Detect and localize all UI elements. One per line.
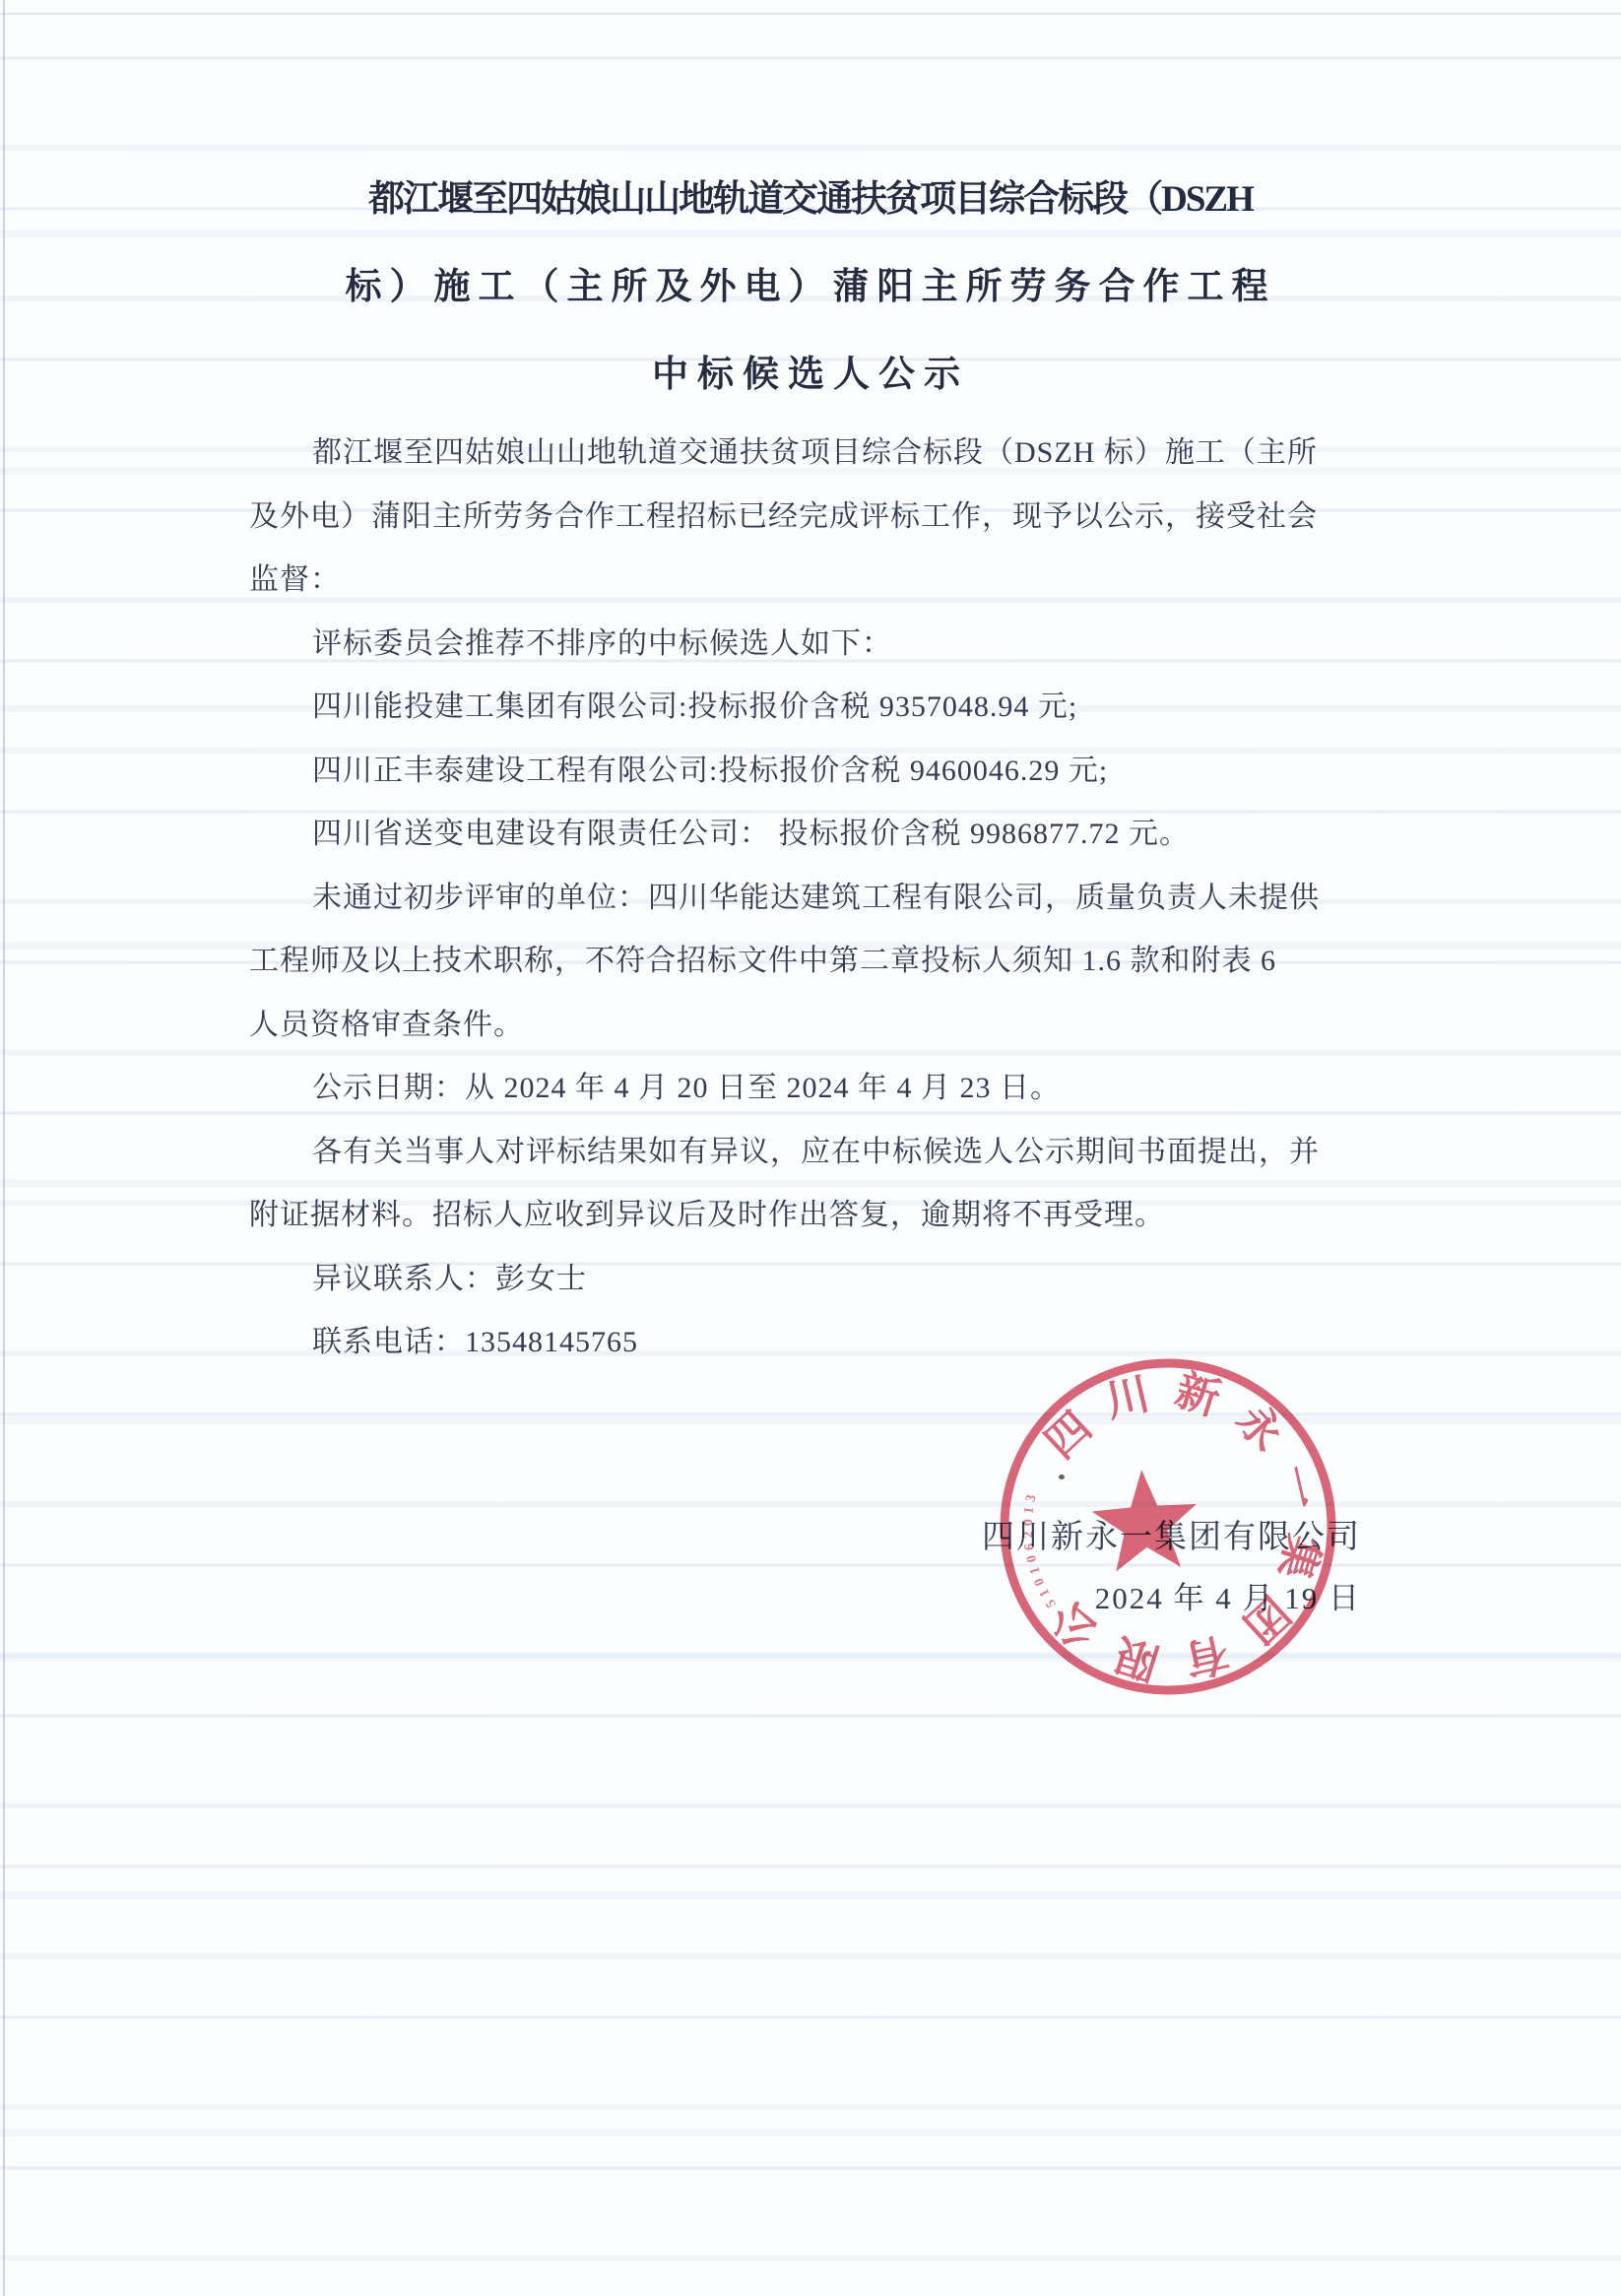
contact-person-line: 异议联系人：彭女士 (249, 1248, 1372, 1312)
body-line: 评标委员会推荐不排序的中标候选人如下： (249, 613, 1372, 677)
contact-phone-line: 联系电话：13548145765 (249, 1311, 1372, 1375)
ink-speck (1059, 1475, 1065, 1479)
body-line: 未通过初步评审的单位：四川华能达建筑工程有限公司，质量负责人未提供 (249, 867, 1372, 931)
body-line: 附证据材料。招标人应收到异议后及时作出答复，逾期将不再受理。 (249, 1184, 1372, 1248)
title-line-1: 都江堰至四姑娘山山地轨道交通扶贫项目综合标段（DSZH (0, 156, 1621, 243)
body-line: 各有关当事人对评标结果如有异议，应在中标候选人公示期间书面提出，并 (249, 1121, 1372, 1185)
publicity-date-line: 公示日期：从 2024 年 4 月 20 日至 2024 年 4 月 23 日。 (249, 1057, 1372, 1121)
document-body: 都江堰至四姑娘山山地轨道交通扶贫项目综合标段（DSZH 标）施工（主所 及外电）… (249, 422, 1372, 1375)
signature-block: 四川新永一集团有限公司 2024 年 4 月 19 日 (982, 1507, 1361, 1629)
body-line: 人员资格审查条件。 (249, 994, 1372, 1058)
bidder-line: 四川能投建工集团有限公司:投标报价含税 9357048.94 元; (249, 676, 1372, 740)
signature-date-line: 2024 年 4 月 19 日 (982, 1568, 1361, 1629)
body-line: 及外电）蒲阳主所劳务合作工程招标已经完成评标工作，现予以公示，接受社会 (249, 486, 1372, 550)
body-line: 监督： (249, 549, 1372, 613)
bidder-line: 四川正丰泰建设工程有限公司:投标报价含税 9460046.29 元; (249, 740, 1372, 804)
body-line: 工程师及以上技术职称，不符合招标文件中第二章投标人须知 1.6 款和附表 6 (249, 930, 1372, 994)
body-line: 都江堰至四姑娘山山地轨道交通扶贫项目综合标段（DSZH 标）施工（主所 (249, 422, 1372, 486)
scan-edge-top-line (0, 13, 1621, 15)
document-title: 都江堰至四姑娘山山地轨道交通扶贫项目综合标段（DSZH 标）施工（主所及外电）蒲… (0, 156, 1621, 419)
title-line-2: 标）施工（主所及外电）蒲阳主所劳务合作工程 (0, 243, 1621, 331)
bidder-line: 四川省送变电建设有限责任公司： 投标报价含税 9986877.72 元。 (249, 803, 1372, 867)
document-page: 都江堰至四姑娘山山地轨道交通扶贫项目综合标段（DSZH 标）施工（主所及外电）蒲… (0, 0, 1621, 2296)
title-line-3: 中标候选人公示 (0, 331, 1621, 419)
signature-company-line: 四川新永一集团有限公司 (982, 1507, 1361, 1568)
